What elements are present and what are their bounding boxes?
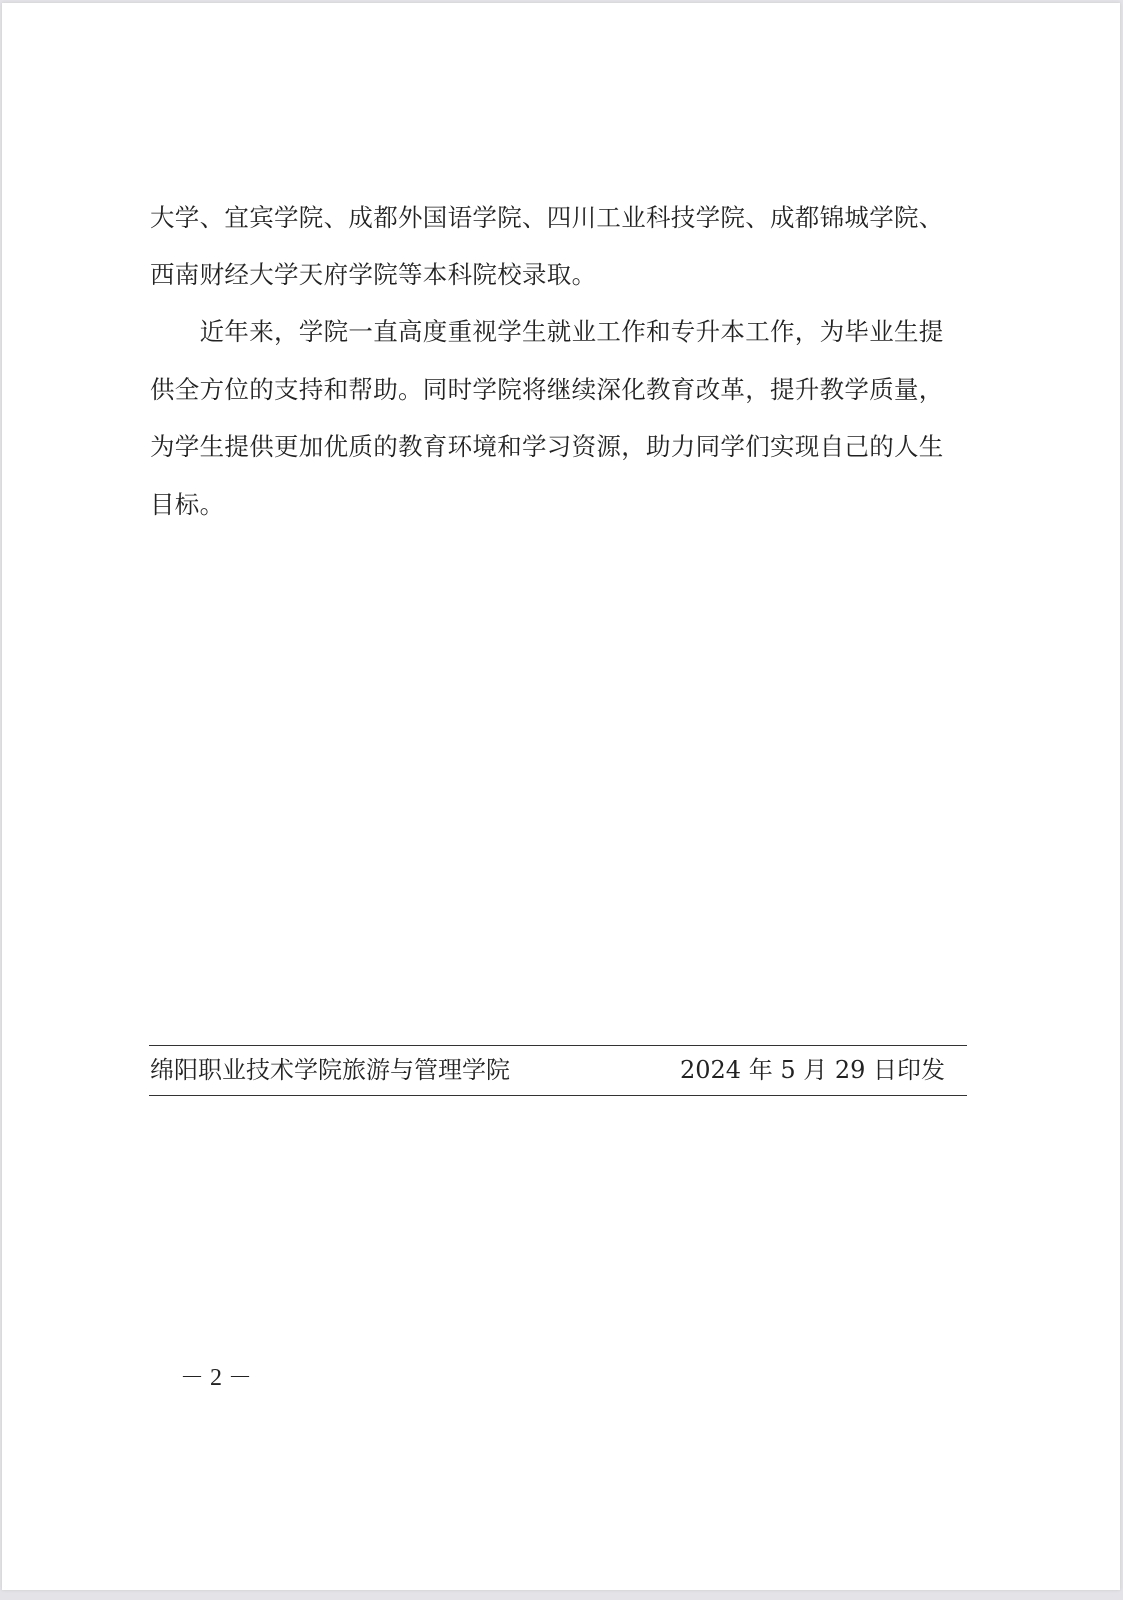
footer-issue-date: 2024 年 5 月 29 日印发 (680, 1055, 945, 1085)
paragraph-2-line-4: 目标。 (150, 490, 224, 520)
footer-bottom-rule (149, 1095, 967, 1096)
document-page: 大学、宜宾学院、成都外国语学院、四川工业科技学院、成都锦城学院、 西南财经大学天… (2, 3, 1120, 1590)
paragraph-2-line-3: 为学生提供更加优质的教育环境和学习资源，助力同学们实现自己的人生 (150, 432, 944, 462)
paragraph-1-line-1: 大学、宜宾学院、成都外国语学院、四川工业科技学院、成都锦城学院、 (150, 203, 944, 233)
paragraph-2-line-1: 近年来，学院一直高度重视学生就业工作和专升本工作，为毕业生提 (150, 317, 944, 347)
paragraph-2-line-2: 供全方位的支持和帮助。同时学院将继续深化教育改革，提升教学质量， (150, 375, 944, 405)
footer-top-rule (149, 1045, 967, 1046)
paragraph-1-line-2: 西南财经大学天府学院等本科院校录取。 (150, 260, 596, 290)
footer-issuer: 绵阳职业技术学院旅游与管理学院 (150, 1055, 510, 1085)
page-number: － 2 － (180, 1363, 252, 1393)
